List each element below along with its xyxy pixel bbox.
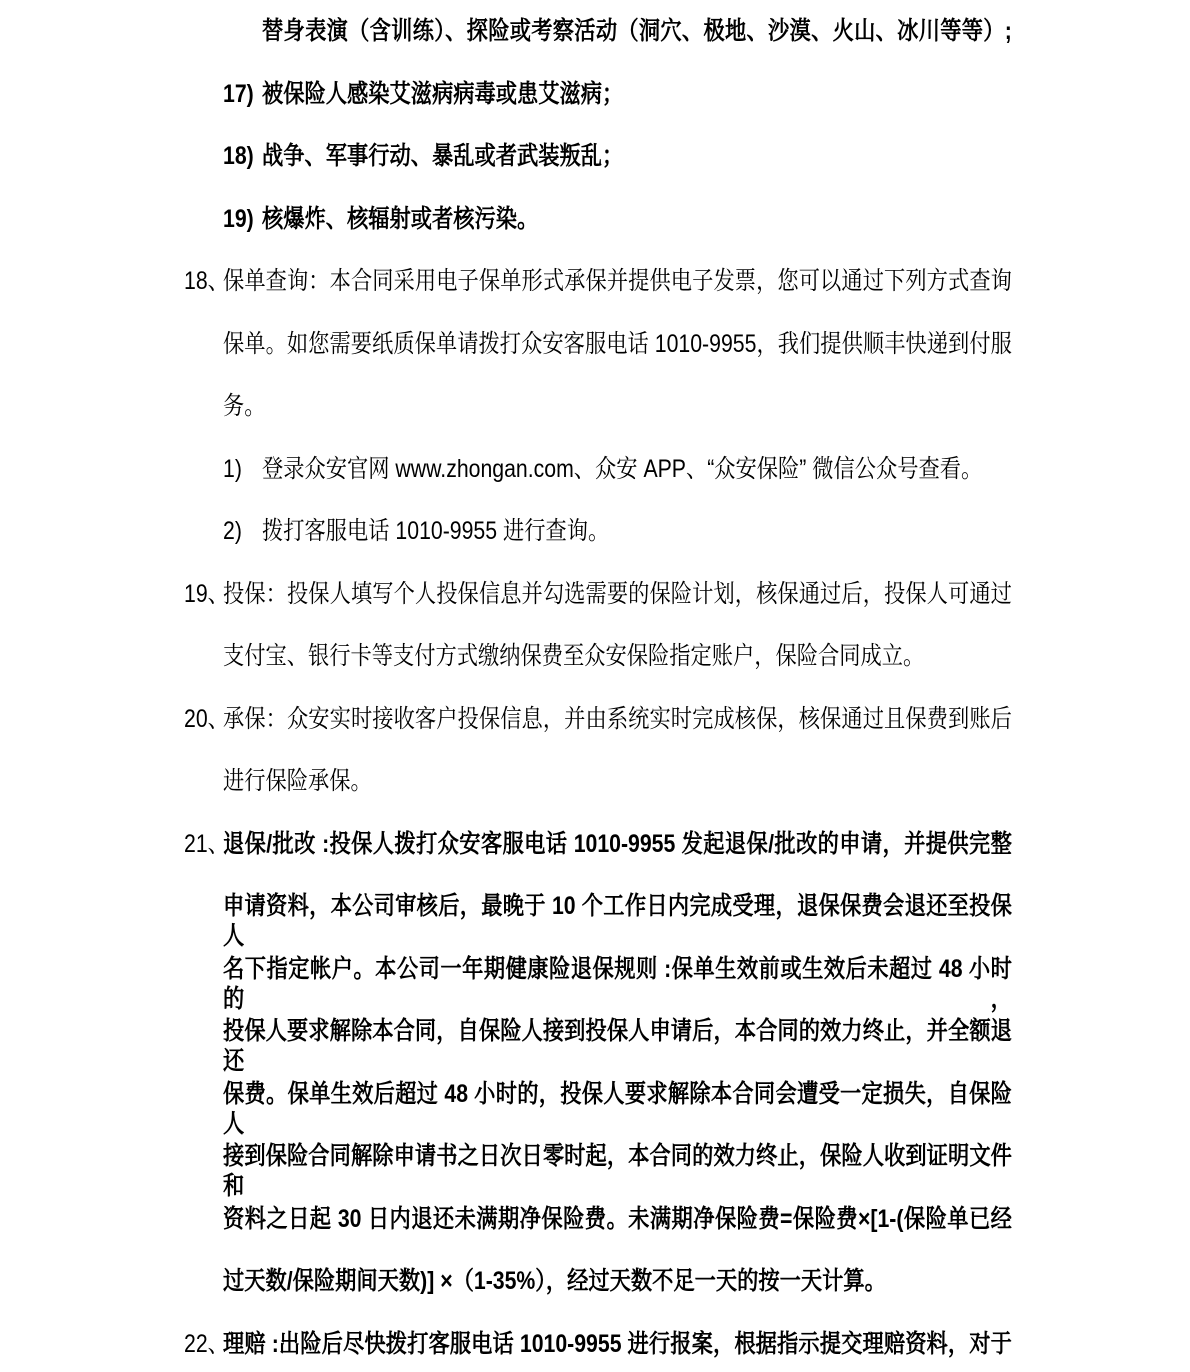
- doc-line: 接到保险合同解除申请书之日次日零时起，本合同的效力终止，保险人收到证明文件和: [184, 1141, 1012, 1173]
- doc-line: 进行保险承保。: [184, 766, 1012, 798]
- line-text: 理赔 :出险后尽快拨打客服电话 1010-9955 进行报案，根据指示提交理赔资…: [223, 1329, 1012, 1359]
- doc-line: 2) 拨打客服电话 1010-9955 进行查询。: [184, 516, 1012, 548]
- line-text: 被保险人感染艾滋病病毒或患艾滋病；: [262, 79, 1012, 109]
- list-number: 18): [223, 141, 254, 171]
- line-text: 投保人要求解除本合同，自保险人接到投保人申请后，本合同的效力终止，并全额退还: [223, 1016, 1012, 1076]
- line-text: 资料之日起 30 日内退还未满期净保险费。未满期净保险费=保险费×[1-(保险单…: [223, 1204, 1012, 1234]
- document-page: 替身表演（含训练）、探险或考察活动（洞穴、极地、沙漠、火山、冰川等等）; 17)…: [0, 0, 1190, 1372]
- doc-line: 支付宝、银行卡等支付方式缴纳保费至众安保险指定账户，保险合同成立。: [184, 641, 1012, 673]
- list-number: 18、: [184, 266, 229, 296]
- line-text: 拨打客服电话 1010-9955 进行查询。: [262, 516, 1012, 546]
- doc-line: 20、 承保：众安实时接收客户投保信息，并由系统实时完成核保，核保通过且保费到账…: [184, 704, 1012, 736]
- doc-line: 22、 理赔 :出险后尽快拨打客服电话 1010-9955 进行报案，根据指示提…: [184, 1329, 1012, 1361]
- line-text: 保费。保单生效后超过 48 小时的，投保人要求解除本合同会遭受一定损失，自保险人: [223, 1079, 1012, 1139]
- list-number: 2): [223, 516, 242, 546]
- line-text: 进行保险承保。: [223, 766, 1012, 796]
- doc-line: 保费。保单生效后超过 48 小时的，投保人要求解除本合同会遭受一定损失，自保险人: [184, 1079, 1012, 1111]
- line-text: 保单。如您需要纸质保单请拨打众安客服电话 1010-9955，我们提供顺丰快递到…: [223, 329, 1012, 359]
- line-text: 核爆炸、核辐射或者核污染。: [262, 204, 1012, 234]
- line-text: 承保：众安实时接收客户投保信息，并由系统实时完成核保，核保通过且保费到账后: [223, 704, 1012, 734]
- line-text: 登录众安官网 www.zhongan.com、众安 APP、“众安保险” 微信公…: [262, 454, 1012, 484]
- doc-line: 过天数/保险期间天数)] ×（1-35%），经过天数不足一天的按一天计算。: [184, 1266, 1012, 1298]
- list-number: 22、: [184, 1329, 229, 1359]
- doc-line: 1) 登录众安官网 www.zhongan.com、众安 APP、“众安保险” …: [184, 454, 1012, 486]
- document-text-area: 替身表演（含训练）、探险或考察活动（洞穴、极地、沙漠、火山、冰川等等）; 17)…: [0, 0, 1190, 1372]
- doc-line: 务。: [184, 391, 1012, 423]
- doc-line: 替身表演（含训练）、探险或考察活动（洞穴、极地、沙漠、火山、冰川等等）;: [184, 16, 1012, 48]
- doc-line: 19、 投保：投保人填写个人投保信息并勾选需要的保险计划，核保通过后，投保人可通…: [184, 579, 1012, 611]
- doc-line: 保单。如您需要纸质保单请拨打众安客服电话 1010-9955，我们提供顺丰快递到…: [184, 329, 1012, 361]
- list-number: 20、: [184, 704, 229, 734]
- doc-line: 21、 退保/批改 :投保人拨打众安客服电话 1010-9955 发起退保/批改…: [184, 829, 1012, 861]
- line-text: 务。: [223, 391, 1012, 421]
- list-number: 19): [223, 204, 254, 234]
- list-number: 19、: [184, 579, 229, 609]
- doc-line: 申请资料，本公司审核后，最晚于 10 个工作日内完成受理，退保保费会退还至投保人: [184, 891, 1012, 923]
- list-number: 21、: [184, 829, 229, 859]
- doc-line: 17) 被保险人感染艾滋病病毒或患艾滋病；: [184, 79, 1012, 111]
- doc-line: 名下指定帐户。本公司一年期健康险退保规则 :保单生效前或生效后未超过 48 小时…: [184, 954, 1012, 986]
- doc-line: 资料之日起 30 日内退还未满期净保险费。未满期净保险费=保险费×[1-(保险单…: [184, 1204, 1012, 1236]
- line-text: 过天数/保险期间天数)] ×（1-35%），经过天数不足一天的按一天计算。: [223, 1266, 1012, 1296]
- doc-line: 18、 保单查询：本合同采用电子保单形式承保并提供电子发票，您可以通过下列方式查…: [184, 266, 1012, 298]
- list-number: 1): [223, 454, 242, 484]
- line-text: 投保：投保人填写个人投保信息并勾选需要的保险计划，核保通过后，投保人可通过: [223, 579, 1012, 609]
- line-text: 保单查询：本合同采用电子保单形式承保并提供电子发票，您可以通过下列方式查询: [223, 266, 1012, 296]
- line-text: 替身表演（含训练）、探险或考察活动（洞穴、极地、沙漠、火山、冰川等等）;: [262, 16, 1012, 46]
- line-text: 战争、军事行动、暴乱或者武装叛乱；: [262, 141, 1012, 171]
- list-number: 17): [223, 79, 254, 109]
- line-text: 名下指定帐户。本公司一年期健康险退保规则 :保单生效前或生效后未超过 48 小时…: [223, 954, 1012, 1014]
- doc-line: 18) 战争、军事行动、暴乱或者武装叛乱；: [184, 141, 1012, 173]
- line-text: 申请资料，本公司审核后，最晚于 10 个工作日内完成受理，退保保费会退还至投保人: [223, 891, 1012, 951]
- line-text: 接到保险合同解除申请书之日次日零时起，本合同的效力终止，保险人收到证明文件和: [223, 1141, 1012, 1201]
- line-text: 退保/批改 :投保人拨打众安客服电话 1010-9955 发起退保/批改的申请，…: [223, 829, 1012, 859]
- doc-line: 投保人要求解除本合同，自保险人接到投保人申请后，本合同的效力终止，并全额退还: [184, 1016, 1012, 1048]
- doc-line: 19) 核爆炸、核辐射或者核污染。: [184, 204, 1012, 236]
- line-text: 支付宝、银行卡等支付方式缴纳保费至众安保险指定账户，保险合同成立。: [223, 641, 1012, 671]
